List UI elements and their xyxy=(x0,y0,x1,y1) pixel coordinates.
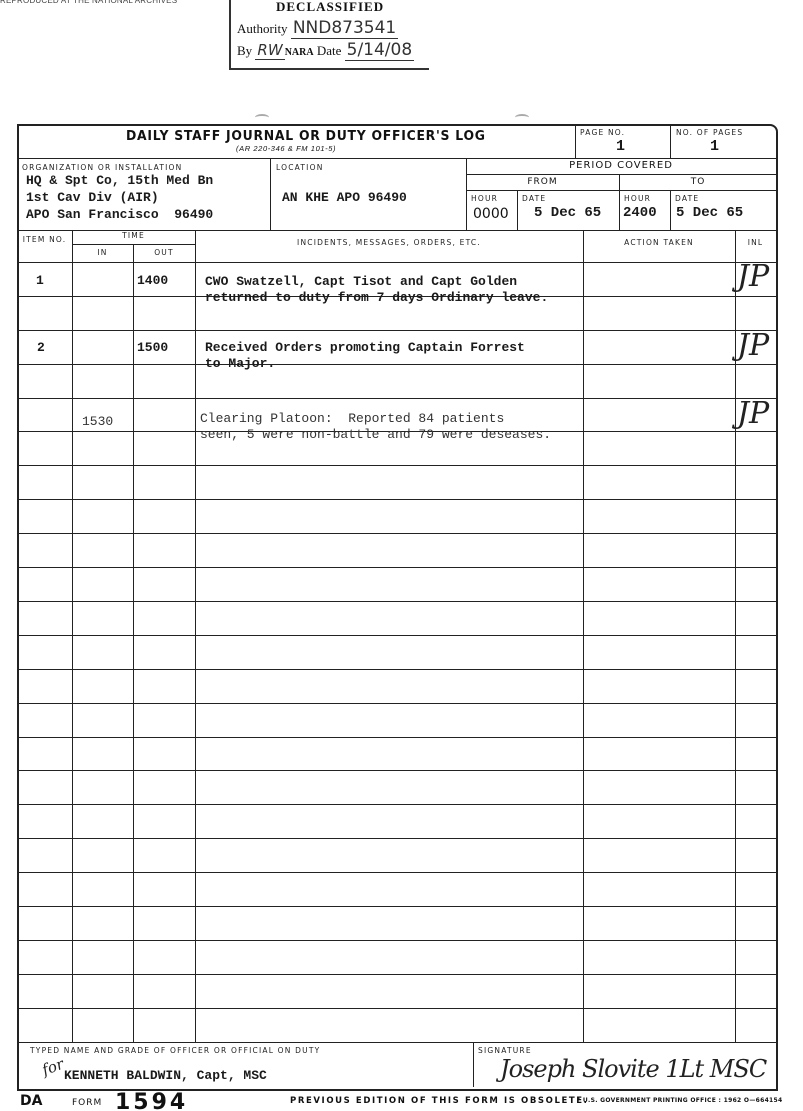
typed-name-value: KENNETH BALDWIN, Capt, MSC xyxy=(64,1067,267,1084)
table-row xyxy=(17,499,776,500)
signature-label: SIGNATURE xyxy=(478,1046,532,1055)
table-row xyxy=(17,770,776,771)
entry-1-item: 1 xyxy=(36,273,44,288)
to-hour-value: 2400 xyxy=(623,205,657,221)
nara-label: NARA xyxy=(285,47,314,58)
entry-2-item: 2 xyxy=(37,340,45,355)
from-hour-label: HOUR xyxy=(471,194,498,203)
no-of-pages-value: 1 xyxy=(710,138,719,155)
table-row xyxy=(17,669,776,670)
gpo-note: * U.S. GOVERNMENT PRINTING OFFICE : 1962… xyxy=(577,1097,782,1104)
table-row xyxy=(17,838,776,839)
entry-3-initials: JP xyxy=(737,399,769,429)
table-column-rule xyxy=(195,230,196,1042)
divider xyxy=(466,174,776,175)
period-covered-label: PERIOD COVERED xyxy=(466,160,776,171)
table-column-rule xyxy=(72,230,73,1042)
authority-value: NND873541 xyxy=(291,18,398,39)
typed-name-label: TYPED NAME AND GRADE OF OFFICER OR OFFIC… xyxy=(30,1046,320,1055)
divider xyxy=(619,174,620,230)
table-row xyxy=(17,906,776,907)
entry-3-in: 1530 xyxy=(82,414,113,429)
divider xyxy=(473,1042,474,1087)
from-date-value: 5 Dec 65 xyxy=(534,205,601,221)
from-hour-value: 0000 xyxy=(473,206,509,222)
entry-2-out: 1500 xyxy=(137,340,168,355)
initials-header: INL xyxy=(735,238,776,247)
table-row xyxy=(17,465,776,466)
divider xyxy=(517,190,518,230)
table-row xyxy=(17,364,776,365)
divider xyxy=(17,158,776,159)
to-label: TO xyxy=(620,177,776,187)
entry-1-out: 1400 xyxy=(137,273,168,288)
divider xyxy=(670,190,671,230)
form-label: FORM xyxy=(72,1098,102,1108)
stamp-by-row: By RWNARA Date 5/14/08 xyxy=(237,40,414,60)
table-row xyxy=(17,635,776,636)
table-column-rule xyxy=(735,230,736,1042)
time-out-header: OUT xyxy=(133,248,195,257)
table-row xyxy=(17,974,776,975)
stamp-authority-row: Authority NND873541 xyxy=(237,18,398,38)
entry-2-text-line-1: Received Orders promoting Captain Forres… xyxy=(205,339,525,356)
by-label: By xyxy=(237,43,252,58)
divider xyxy=(270,158,271,230)
page-no-label: PAGE NO. xyxy=(580,128,625,137)
previous-edition-note: PREVIOUS EDITION OF THIS FORM IS OBSOLET… xyxy=(290,1096,589,1106)
divider xyxy=(670,124,671,158)
from-label: FROM xyxy=(466,177,619,187)
entry-3-text-line-2: seen, 5 were non-battle and 79 were dese… xyxy=(200,426,551,443)
form-subtitle: (AR 220-346 & FM 101-5) xyxy=(236,144,336,153)
signature: Joseph Slovite 1Lt MSC xyxy=(500,1055,766,1083)
divider xyxy=(466,190,776,191)
organization-line-3: APO San Francisco 96490 xyxy=(26,206,213,223)
punch-hole-mark xyxy=(515,114,529,121)
entry-1-text-line-1: CWO Swatzell, Capt Tisot and Capt Golden xyxy=(205,273,517,290)
time-header: TIME xyxy=(72,231,195,240)
table-row xyxy=(17,330,776,331)
stamp-title: DECLASSIFIED xyxy=(276,0,384,15)
to-date-value: 5 Dec 65 xyxy=(676,205,743,221)
location-label: LOCATION xyxy=(276,163,324,172)
table-row xyxy=(17,601,776,602)
table-row xyxy=(17,1008,776,1009)
authority-label: Authority xyxy=(237,21,288,36)
incidents-header: INCIDENTS, MESSAGES, ORDERS, ETC. xyxy=(195,238,583,247)
by-initials: RW xyxy=(255,41,284,60)
divider xyxy=(17,1042,776,1043)
from-date-label: DATE xyxy=(522,194,546,203)
table-row xyxy=(17,567,776,568)
archives-note: REPRODUCED AT THE NATIONAL ARCHIVES xyxy=(0,0,177,5)
date-label: Date xyxy=(317,43,342,58)
entry-1-text-line-2: returned to duty from 7 days Ordinary le… xyxy=(205,289,548,306)
table-row xyxy=(17,940,776,941)
table-row xyxy=(17,737,776,738)
table-row xyxy=(17,262,776,263)
form-prefix: DA xyxy=(20,1093,42,1109)
form-title: DAILY STAFF JOURNAL OR DUTY OFFICER'S LO… xyxy=(126,128,486,144)
entry-2-text-line-2: to Major. xyxy=(205,355,275,372)
table-row xyxy=(17,804,776,805)
no-of-pages-label: NO. OF PAGES xyxy=(676,128,743,137)
action-taken-header: ACTION TAKEN xyxy=(583,238,735,247)
table-row xyxy=(17,398,776,399)
entry-3-text-line-1: Clearing Platoon: Reported 84 patients xyxy=(200,410,504,427)
entry-2-initials: JP xyxy=(737,331,769,361)
organization-line-1: HQ & Spt Co, 15th Med Bn xyxy=(26,172,213,189)
to-date-label: DATE xyxy=(675,194,699,203)
table-row xyxy=(17,703,776,704)
location-value: AN KHE APO 96490 xyxy=(282,189,407,206)
to-hour-label: HOUR xyxy=(624,194,651,203)
form-number: 1594 xyxy=(115,1090,188,1111)
stamp-date: 5/14/08 xyxy=(345,40,415,61)
organization-line-2: 1st Cav Div (AIR) xyxy=(26,189,159,206)
punch-hole-mark xyxy=(255,114,269,121)
page-no-value: 1 xyxy=(616,138,625,155)
table-row xyxy=(17,533,776,534)
log-form xyxy=(17,124,778,1091)
entry-1-initials: JP xyxy=(737,262,769,292)
table-column-rule xyxy=(583,230,584,1042)
table-row xyxy=(17,872,776,873)
organization-label: ORGANIZATION OR INSTALLATION xyxy=(22,163,182,172)
item-no-header: ITEM NO. xyxy=(17,235,72,245)
time-in-header: IN xyxy=(72,248,133,257)
divider xyxy=(575,124,576,158)
